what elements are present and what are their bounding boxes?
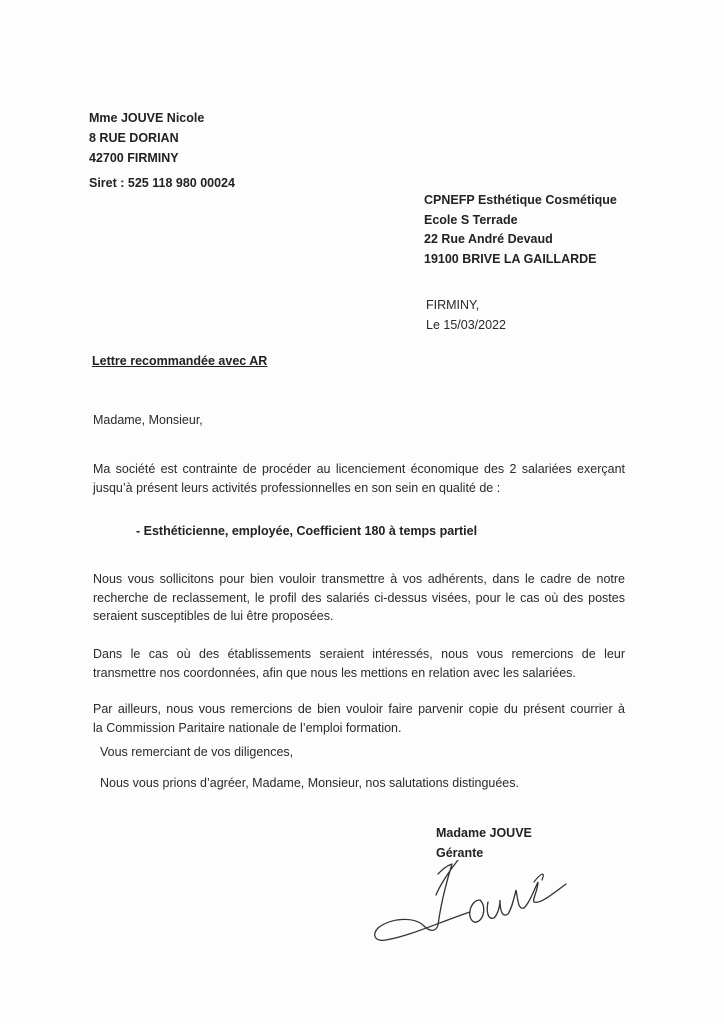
signer-name: Madame JOUVE (436, 824, 532, 844)
recipient-street: 22 Rue André Devaud (424, 230, 617, 250)
sender-siret: Siret : 525 118 980 00024 (89, 176, 235, 190)
recipient-city: 19100 BRIVE LA GAILLARDE (424, 250, 617, 270)
place: FIRMINY, (426, 296, 506, 316)
sender-address: Mme JOUVE Nicole 8 RUE DORIAN 42700 FIRM… (89, 108, 204, 168)
signer-block: Madame JOUVE Gérante (436, 824, 532, 863)
body-paragraph-3: Dans le cas où des établissements seraie… (93, 645, 625, 682)
place-date: FIRMINY, Le 15/03/2022 (426, 296, 506, 335)
paragraph-line: transmettre nos coordonnées, afin que no… (93, 664, 625, 683)
paragraph-line: Ma société est contrainte de procéder au… (93, 460, 625, 479)
paragraph-line: Dans le cas où des établissements seraie… (93, 645, 625, 664)
body-paragraph-4: Par ailleurs, nous vous remercions de bi… (93, 700, 625, 737)
letter-subject: Lettre recommandée avec AR (92, 354, 267, 368)
body-paragraph-2: Nous vous sollicitons pour bien vouloir … (93, 570, 625, 626)
job-position-bullet: - Esthéticienne, employée, Coefficient 1… (136, 524, 477, 538)
paragraph-line: Nous vous sollicitons pour bien vouloir … (93, 570, 625, 589)
recipient-school: Ecole S Terrade (424, 211, 617, 231)
paragraph-line: jusqu’à présent leurs activités professi… (93, 479, 625, 498)
paragraph-line: seraient susceptibles de lui être propos… (93, 607, 625, 626)
sender-street: 8 RUE DORIAN (89, 128, 204, 148)
paragraph-line: recherche de reclassement, le profil des… (93, 589, 625, 608)
closing-salutation: Nous vous prions d’agréer, Madame, Monsi… (100, 776, 519, 790)
handwritten-signature-icon (370, 860, 590, 945)
salutation: Madame, Monsieur, (93, 413, 203, 427)
sender-name: Mme JOUVE Nicole (89, 108, 204, 128)
body-paragraph-1: Ma société est contrainte de procéder au… (93, 460, 625, 497)
paragraph-line: la Commission Paritaire nationale de l’e… (93, 719, 625, 738)
closing-thanks: Vous remerciant de vos diligences, (100, 745, 293, 759)
paragraph-line: Par ailleurs, nous vous remercions de bi… (93, 700, 625, 719)
date: Le 15/03/2022 (426, 316, 506, 336)
sender-city: 42700 FIRMINY (89, 148, 204, 168)
recipient-org: CPNEFP Esthétique Cosmétique (424, 191, 617, 211)
letter-page: Mme JOUVE Nicole 8 RUE DORIAN 42700 FIRM… (0, 0, 724, 1024)
recipient-address: CPNEFP Esthétique Cosmétique Ecole S Ter… (424, 191, 617, 269)
